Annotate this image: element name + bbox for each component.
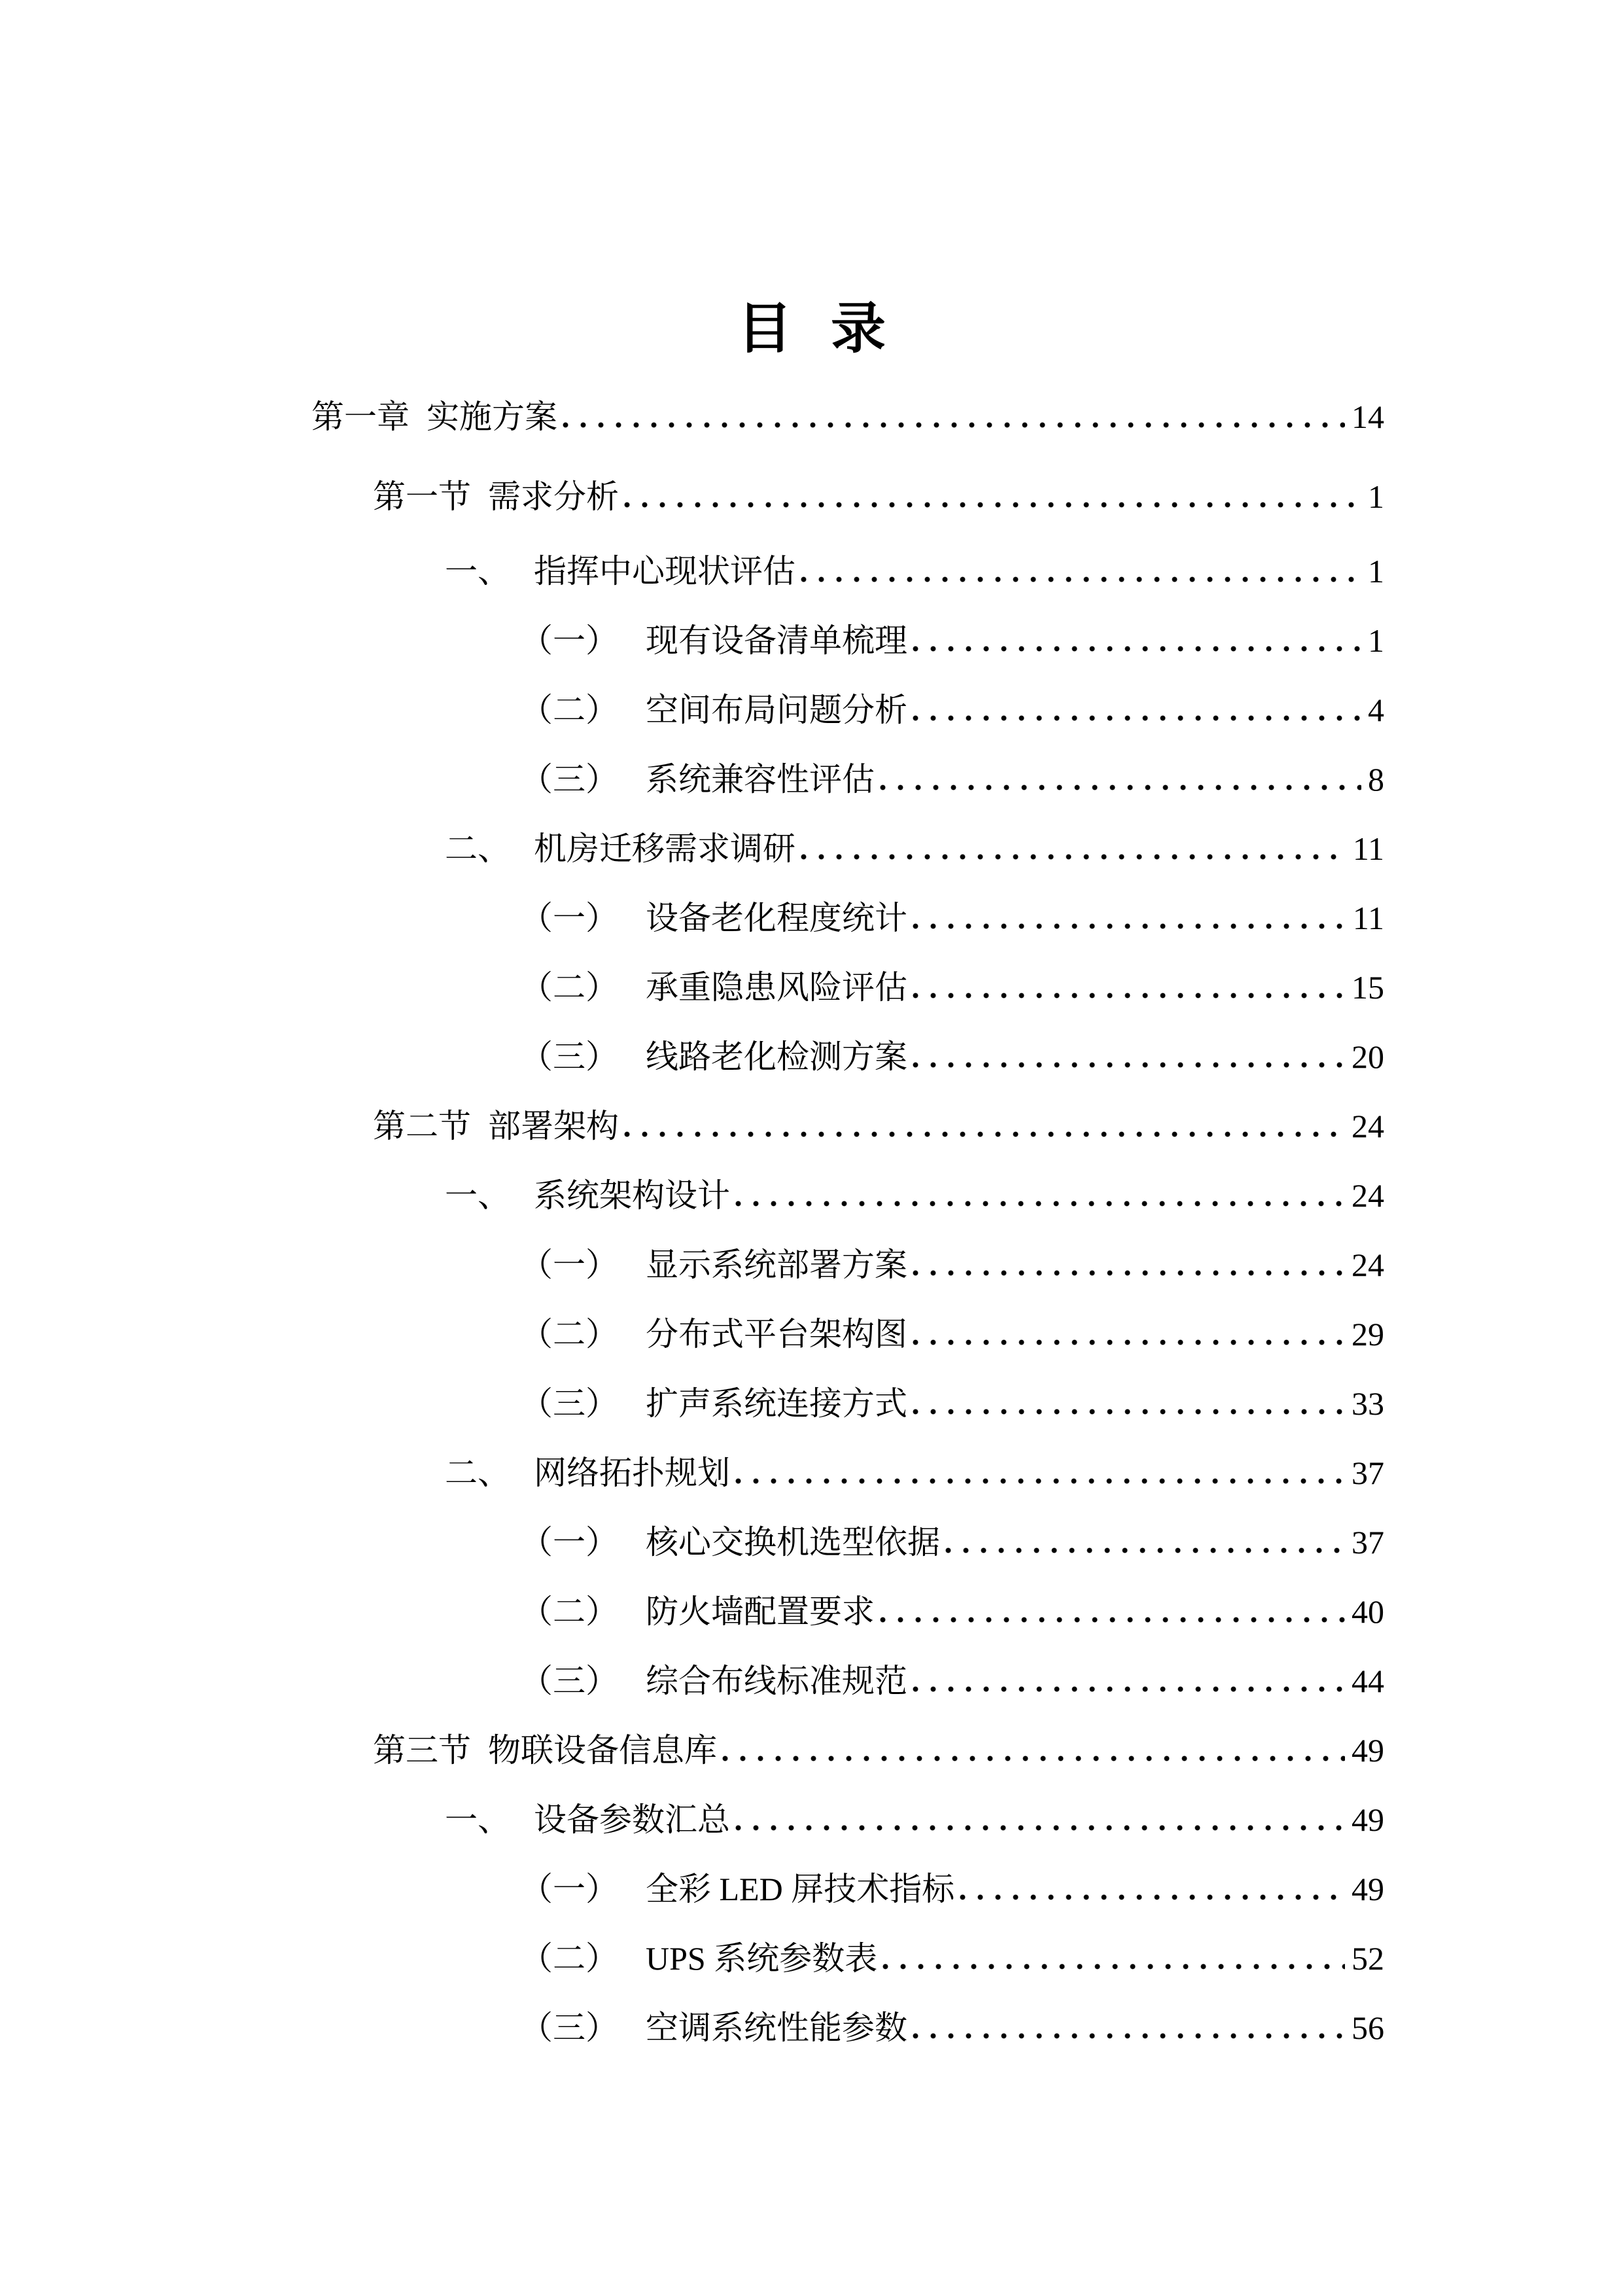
toc-entry-page: 4 <box>1368 675 1384 745</box>
toc-entry-number: 第一章 <box>311 377 410 457</box>
toc-entry-page: 37 <box>1352 1438 1384 1508</box>
toc-entry[interactable]: 第三节 物联设备信息库 49 <box>373 1716 1384 1785</box>
toc-entry-number: 第三节 <box>373 1716 471 1785</box>
toc-entry-number: 一、 <box>445 1785 510 1854</box>
toc-entry-title: 网络拓扑规划 <box>534 1438 730 1508</box>
toc-entry-title: 扩声系统连接方式 <box>646 1369 907 1438</box>
toc-entry-page: 24 <box>1352 1161 1384 1230</box>
toc-entry-title: 线路老化检测方案 <box>646 1022 907 1091</box>
document-page: 目 录 第一章 实施方案 14 第一节 需求分析 1 一、 指挥中心现状评估 1… <box>0 0 1623 2296</box>
toc-entry-title: 机房迁移需求调研 <box>534 814 795 883</box>
dot-leader <box>722 1756 1345 1761</box>
toc-entry[interactable]: （一） 现有设备清单梳理 1 <box>520 606 1384 675</box>
dot-leader <box>563 422 1345 428</box>
toc-entry-number: 二、 <box>445 1438 510 1508</box>
toc-entry-title: 全彩 LED 屏技术指标 <box>646 1854 954 1924</box>
toc-entry[interactable]: （三） 线路老化检测方案 20 <box>520 1022 1384 1091</box>
toc-entry[interactable]: （三） 综合布线标准规范 44 <box>520 1646 1384 1716</box>
toc-entry-title: 部署架构 <box>488 1091 619 1161</box>
dot-leader <box>913 1686 1345 1692</box>
toc-entry-number: （二） <box>520 1299 618 1369</box>
toc-entry-page: 29 <box>1352 1299 1384 1369</box>
toc-entry[interactable]: 第一章 实施方案 14 <box>311 377 1384 457</box>
toc-entry-number: （三） <box>520 1646 618 1716</box>
toc-entry-page: 20 <box>1352 1022 1384 1091</box>
toc-entry[interactable]: （一） 设备老化程度统计 11 <box>520 883 1384 953</box>
toc-entry-title: 综合布线标准规范 <box>646 1646 907 1716</box>
toc-entry-page: 11 <box>1353 883 1384 953</box>
dot-leader <box>913 646 1361 652</box>
toc-entry[interactable]: （三） 扩声系统连接方式 33 <box>520 1369 1384 1438</box>
toc-entry-page: 33 <box>1352 1369 1384 1438</box>
toc-entry-page: 11 <box>1353 814 1384 883</box>
toc-entry-title: 设备老化程度统计 <box>646 883 907 953</box>
toc-entry-title: 空间布局问题分析 <box>646 675 907 745</box>
toc-entry-page: 1 <box>1368 457 1384 537</box>
table-of-contents: 第一章 实施方案 14 第一节 需求分析 1 一、 指挥中心现状评估 1 （一）… <box>0 377 1384 2062</box>
toc-entry[interactable]: 二、 机房迁移需求调研 11 <box>445 814 1384 883</box>
toc-entry-number: 一、 <box>445 537 510 606</box>
dot-leader <box>913 2033 1345 2039</box>
toc-entry[interactable]: 二、 网络拓扑规划 37 <box>445 1438 1384 1508</box>
toc-entry-page: 24 <box>1352 1091 1384 1161</box>
toc-entry[interactable]: （三） 系统兼容性评估 8 <box>520 745 1384 814</box>
toc-entry[interactable]: （二） UPS 系统参数表 52 <box>520 1924 1384 1993</box>
dot-leader <box>880 1617 1345 1623</box>
toc-entry-title: 需求分析 <box>488 457 619 537</box>
toc-entry-number: （三） <box>520 1369 618 1438</box>
toc-entry[interactable]: 第一节 需求分析 1 <box>373 457 1384 537</box>
toc-entry-title: 物联设备信息库 <box>488 1716 717 1785</box>
toc-entry[interactable]: 一、 设备参数汇总 49 <box>445 1785 1384 1854</box>
page-title: 目 录 <box>0 293 1623 366</box>
toc-entry-page: 44 <box>1352 1646 1384 1716</box>
toc-entry[interactable]: （二） 分布式平台架构图 29 <box>520 1299 1384 1369</box>
toc-entry-page: 24 <box>1352 1230 1384 1299</box>
toc-entry-page: 14 <box>1352 377 1384 457</box>
toc-entry-page: 1 <box>1368 606 1384 675</box>
toc-entry-title: 空调系统性能参数 <box>646 1993 907 2062</box>
toc-entry-page: 37 <box>1352 1508 1384 1577</box>
toc-entry-title: 系统兼容性评估 <box>646 745 875 814</box>
dot-leader <box>913 1062 1345 1068</box>
dot-leader <box>960 1894 1345 1900</box>
toc-entry-number: （二） <box>520 1924 618 1993</box>
dot-leader <box>913 923 1346 929</box>
toc-entry-title: 指挥中心现状评估 <box>534 537 795 606</box>
dot-leader <box>913 1270 1345 1276</box>
toc-entry-number: （一） <box>520 1508 618 1577</box>
dot-leader <box>880 785 1361 790</box>
toc-entry-page: 52 <box>1352 1924 1384 1993</box>
toc-entry-number: （二） <box>520 953 618 1022</box>
toc-entry[interactable]: （二） 防火墙配置要求 40 <box>520 1577 1384 1646</box>
toc-entry-title: 显示系统部署方案 <box>646 1230 907 1299</box>
dot-leader <box>913 715 1361 721</box>
dot-leader <box>882 1964 1345 1969</box>
toc-entry-title: 分布式平台架构图 <box>646 1299 907 1369</box>
dot-leader <box>735 1825 1345 1831</box>
toc-entry-number: 第二节 <box>373 1091 471 1161</box>
toc-entry-number: （三） <box>520 1022 618 1091</box>
dot-leader <box>945 1547 1345 1553</box>
toc-entry-page: 49 <box>1352 1785 1384 1854</box>
toc-entry-page: 40 <box>1352 1577 1384 1646</box>
toc-entry-page: 56 <box>1352 1993 1384 2062</box>
toc-entry-title: 现有设备清单梳理 <box>646 606 907 675</box>
toc-entry[interactable]: （三） 空调系统性能参数 56 <box>520 1993 1384 2062</box>
toc-entry-title: 承重隐患风险评估 <box>646 953 907 1022</box>
dot-leader <box>801 854 1346 860</box>
toc-entry[interactable]: （一） 核心交换机选型依据 37 <box>520 1508 1384 1577</box>
dot-leader <box>913 1339 1345 1345</box>
toc-entry-page: 49 <box>1352 1716 1384 1785</box>
toc-entry-page: 1 <box>1368 537 1384 606</box>
dot-leader <box>624 1131 1345 1137</box>
toc-entry-number: （一） <box>520 606 618 675</box>
toc-entry-page: 8 <box>1368 745 1384 814</box>
toc-entry-title: 核心交换机选型依据 <box>646 1508 940 1577</box>
toc-entry-title: 系统架构设计 <box>534 1161 730 1230</box>
dot-leader <box>624 502 1361 508</box>
toc-entry-number: 一、 <box>445 1161 510 1230</box>
dot-leader <box>801 576 1361 582</box>
toc-entry-number: （二） <box>520 675 618 745</box>
toc-entry-number: （三） <box>520 1993 618 2062</box>
toc-entry[interactable]: （二） 承重隐患风险评估 15 <box>520 953 1384 1022</box>
dot-leader <box>735 1478 1345 1484</box>
dot-leader <box>735 1201 1345 1207</box>
toc-entry-number: 第一节 <box>373 457 471 537</box>
toc-entry-title: UPS 系统参数表 <box>646 1924 877 1993</box>
toc-entry-number: （二） <box>520 1577 618 1646</box>
toc-entry[interactable]: （一） 显示系统部署方案 24 <box>520 1230 1384 1299</box>
toc-entry-number: 二、 <box>445 814 510 883</box>
toc-entry-title: 防火墙配置要求 <box>646 1577 875 1646</box>
toc-entry-title: 实施方案 <box>427 377 557 457</box>
toc-entry[interactable]: 一、 系统架构设计 24 <box>445 1161 1384 1230</box>
toc-entry[interactable]: （二） 空间布局问题分析 4 <box>520 675 1384 745</box>
toc-entry-title: 设备参数汇总 <box>534 1785 730 1854</box>
toc-entry-page: 49 <box>1352 1854 1384 1924</box>
toc-entry[interactable]: 第二节 部署架构 24 <box>373 1091 1384 1161</box>
toc-entry-number: （一） <box>520 883 618 953</box>
toc-entry[interactable]: （一） 全彩 LED 屏技术指标 49 <box>520 1854 1384 1924</box>
toc-entry[interactable]: 一、 指挥中心现状评估 1 <box>445 537 1384 606</box>
toc-entry-number: （三） <box>520 745 618 814</box>
dot-leader <box>913 1409 1345 1415</box>
toc-entry-number: （一） <box>520 1854 618 1924</box>
dot-leader <box>913 993 1345 998</box>
toc-entry-number: （一） <box>520 1230 618 1299</box>
toc-entry-page: 15 <box>1352 953 1384 1022</box>
